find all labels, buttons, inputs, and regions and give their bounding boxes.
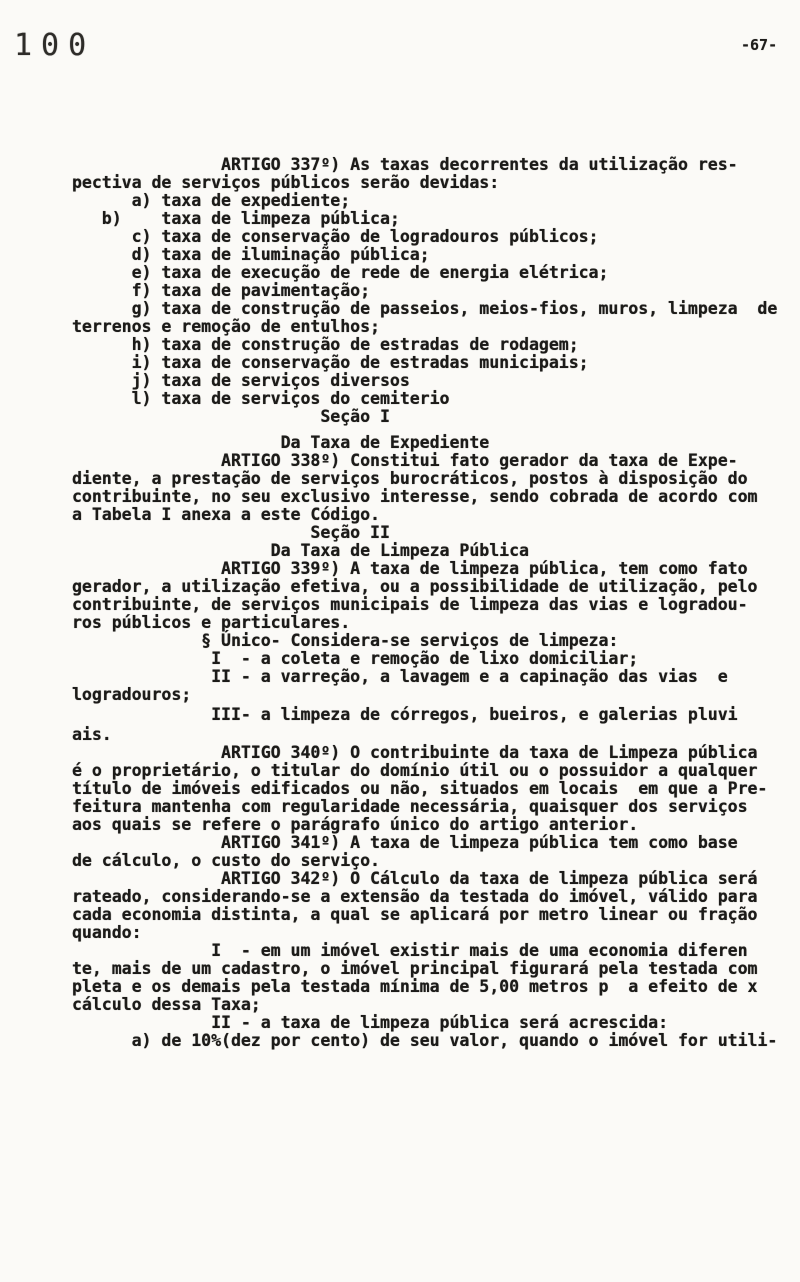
document-line: ARTIGO 340º) O contribuinte da taxa de L…	[72, 744, 792, 762]
document-line: pleta e os demais pela testada mínima de…	[72, 978, 792, 996]
document-line: i) taxa de conservação de estradas munic…	[72, 354, 792, 372]
document-line: ARTIGO 338º) Constitui fato gerador da t…	[72, 452, 792, 470]
document-line: cálculo dessa Taxa;	[72, 996, 792, 1014]
document-line: te, mais de um cadastro, o imóvel princi…	[72, 960, 792, 978]
document-line: Da Taxa de Expediente	[72, 434, 792, 452]
document-line: § Único- Considera-se serviços de limpez…	[72, 632, 792, 650]
document-line: diente, a prestação de serviços burocrát…	[72, 470, 792, 488]
document-line: Seção II	[72, 524, 792, 542]
document-line: a Tabela I anexa a este Código.	[72, 506, 792, 524]
document-line: terrenos e remoção de entulhos;	[72, 318, 792, 336]
scanned-page: 100 -67- ARTIGO 337º) As taxas decorrent…	[0, 0, 800, 1282]
document-line: contribuinte, de serviços municipais de …	[72, 596, 792, 614]
document-line: e) taxa de execução de rede de energia e…	[72, 264, 792, 282]
document-line: II - a varreção, a lavagem e a capinação…	[72, 668, 792, 686]
document-line: a) taxa de expediente;	[72, 192, 792, 210]
document-line: cada economia distinta, a qual se aplica…	[72, 906, 792, 924]
document-line: I - a coleta e remoção de lixo domicilia…	[72, 650, 792, 668]
document-line: ais.	[72, 726, 792, 744]
document-line: pectiva de serviços públicos serão devid…	[72, 174, 792, 192]
document-line: II - a taxa de limpeza pública será acre…	[72, 1014, 792, 1032]
document-line: f) taxa de pavimentação;	[72, 282, 792, 300]
document-line: contribuinte, no seu exclusivo interesse…	[72, 488, 792, 506]
document-line: logradouros;	[72, 686, 792, 704]
document-line: a) de 10%(dez por cento) de seu valor, q…	[72, 1032, 792, 1050]
document-line: título de imóveis edificados ou não, sit…	[72, 780, 792, 798]
document-line: ARTIGO 342º) O Cálculo da taxa de limpez…	[72, 870, 792, 888]
document-line: é o proprietário, o titular do domínio ú…	[72, 762, 792, 780]
document-line: III- a limpeza de córregos, bueiros, e g…	[72, 706, 792, 724]
document-line: quando:	[72, 924, 792, 942]
document-line: ARTIGO 337º) As taxas decorrentes da uti…	[72, 156, 792, 174]
document-line: h) taxa de construção de estradas de rod…	[72, 336, 792, 354]
stamp-page-number: 100	[14, 28, 95, 63]
document-line: g) taxa de construção de passeios, meios…	[72, 300, 792, 318]
document-line: aos quais se refere o parágrafo único do…	[72, 816, 792, 834]
page-number: -67-	[741, 36, 777, 54]
document-line: I - em um imóvel existir mais de uma eco…	[72, 942, 792, 960]
document-line: feitura mantenha com regularidade necess…	[72, 798, 792, 816]
document-line: b) taxa de limpeza pública;	[72, 210, 792, 228]
document-line: ros públicos e particulares.	[72, 614, 792, 632]
document-line: l) taxa de serviços do cemiterio	[72, 390, 792, 408]
document-line: rateado, considerando-se a extensão da t…	[72, 888, 792, 906]
document-line: c) taxa de conservação de logradouros pú…	[72, 228, 792, 246]
document-line: gerador, a utilização efetiva, ou a poss…	[72, 578, 792, 596]
document-line: ARTIGO 341º) A taxa de limpeza pública t…	[72, 834, 792, 852]
document-line: d) taxa de iluminação pública;	[72, 246, 792, 264]
document-line: de cálculo, o custo do serviço.	[72, 852, 792, 870]
document-line: j) taxa de serviços diversos	[72, 372, 792, 390]
document-body: ARTIGO 337º) As taxas decorrentes da uti…	[72, 156, 792, 1050]
document-line: ARTIGO 339º) A taxa de limpeza pública, …	[72, 560, 792, 578]
document-line: Da Taxa de Limpeza Pública	[72, 542, 792, 560]
document-line: Seção I	[72, 408, 792, 426]
